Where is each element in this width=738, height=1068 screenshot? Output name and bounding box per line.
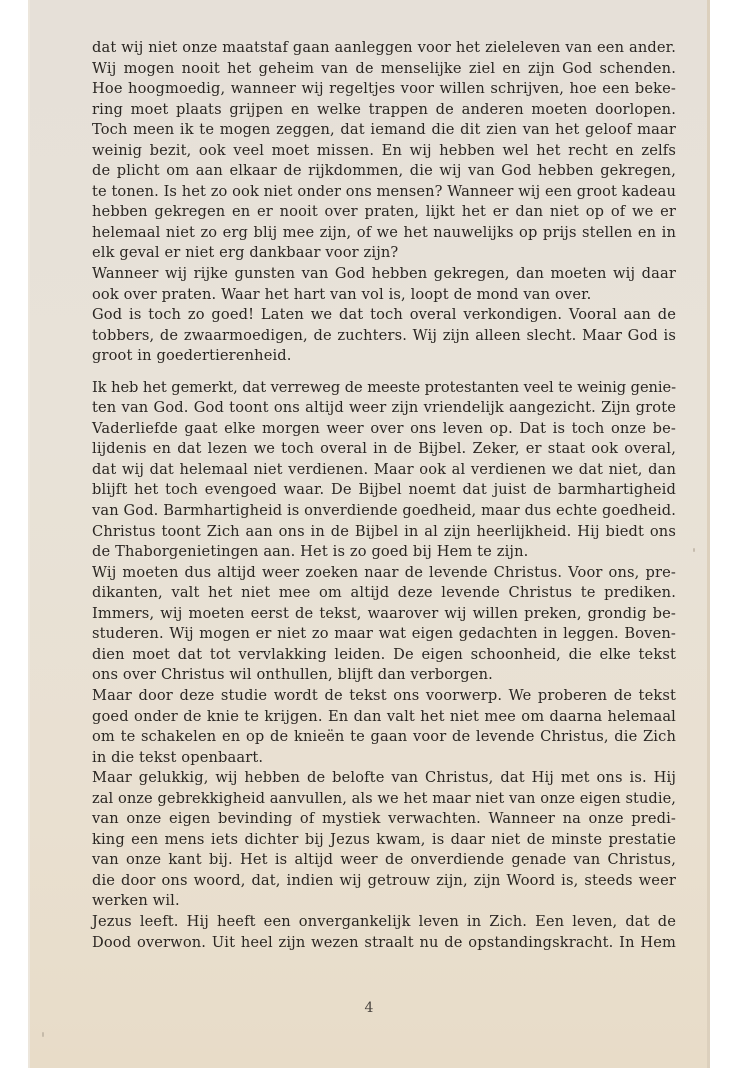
text-line: van onze kant bij. Het is altijd weer de…: [92, 850, 676, 871]
paragraph: Ik heb het gemerkt, dat verreweg de mees…: [92, 378, 676, 563]
text-line: tobbers, de zwaarmoedigen, de zuchters. …: [92, 326, 676, 347]
text-line: van onze eigen bevinding of mystiek verw…: [92, 809, 676, 830]
paragraph: dat wij niet onze maatstaf gaan aanlegge…: [92, 38, 676, 264]
text-line: zal onze gebrekkigheid aanvullen, als we…: [92, 789, 676, 810]
text-line: Vaderliefde gaat elke morgen weer over o…: [92, 419, 676, 440]
paragraph: Wanneer wij rijke gunsten van God hebben…: [92, 264, 676, 305]
paragraph-gap: [92, 367, 676, 378]
text-line: Maar gelukkig, wij hebben de belofte van…: [92, 768, 676, 789]
text-line: Christus toont Zich aan ons in de Bijbel…: [92, 522, 676, 543]
text-line: Ik heb het gemerkt, dat verreweg de mees…: [92, 378, 676, 399]
text-line: studeren. Wij mogen er niet zo maar wat …: [92, 624, 676, 645]
text-line: Wij moeten dus altijd weer zoeken naar d…: [92, 563, 676, 584]
text-line: weinig bezit, ook veel moet missen. En w…: [92, 141, 676, 162]
text-line: dien moet dat tot vervlakking leiden. De…: [92, 645, 676, 666]
text-line: de plicht om aan elkaar de rijkdommen, d…: [92, 161, 676, 182]
text-line: Hoe hoogmoedig, wanneer wij regeltjes vo…: [92, 79, 676, 100]
text-line: lijdenis en dat lezen we toch overal in …: [92, 439, 676, 460]
paragraph: God is toch zo goed! Laten we dat toch o…: [92, 305, 676, 367]
text-line: Toch meen ik te mogen zeggen, dat iemand…: [92, 120, 676, 141]
text-line: de Thaborgenietingen aan. Het is zo goed…: [92, 542, 676, 563]
text-line: in die tekst openbaart.: [92, 748, 676, 769]
text-line: helemaal niet zo erg blij mee zijn, of w…: [92, 223, 676, 244]
text-line: blijft het toch evengoed waar. De Bijbel…: [92, 480, 676, 501]
paragraph: Jezus leeft. Hij heeft een onvergankelij…: [92, 912, 676, 953]
text-line: Jezus leeft. Hij heeft een onvergankelij…: [92, 912, 676, 933]
text-line: ons over Christus wil onthullen, blijft …: [92, 665, 676, 686]
paragraph: Maar door deze studie wordt de tekst ons…: [92, 686, 676, 768]
text-line: Dood overwon. Uit heel zijn wezen straal…: [92, 933, 676, 954]
text-line: king een mens iets dichter bij Jezus kwa…: [92, 830, 676, 851]
text-line: ten van God. God toont ons altijd weer z…: [92, 398, 676, 419]
book-page: dat wij niet onze maatstaf gaan aanlegge…: [28, 0, 710, 1068]
paper-speck: [693, 548, 695, 552]
text-line: Maar door deze studie wordt de tekst ons…: [92, 686, 676, 707]
paper-speck: [42, 1032, 44, 1037]
text-line: groot in goedertierenheid.: [92, 346, 676, 367]
text-line: hebben gekregen en er nooit over praten,…: [92, 202, 676, 223]
text-line: dat wij niet onze maatstaf gaan aanlegge…: [92, 38, 676, 59]
text-line: van God. Barmhartigheid is onverdiende g…: [92, 501, 676, 522]
text-line: om te schakelen en op de knieën te gaan …: [92, 727, 676, 748]
body-text: dat wij niet onze maatstaf gaan aanlegge…: [92, 38, 676, 953]
text-line: ring moet plaats grijpen en welke trappe…: [92, 100, 676, 121]
page-number: 4: [28, 1000, 710, 1016]
paragraph: Wij moeten dus altijd weer zoeken naar d…: [92, 563, 676, 686]
text-line: die door ons woord, dat, indien wij getr…: [92, 871, 676, 892]
text-line: God is toch zo goed! Laten we dat toch o…: [92, 305, 676, 326]
text-line: te tonen. Is het zo ook niet onder ons m…: [92, 182, 676, 203]
text-line: ook over praten. Waar het hart van vol i…: [92, 285, 676, 306]
text-line: Wanneer wij rijke gunsten van God hebben…: [92, 264, 676, 285]
text-line: Wij mogen nooit het geheim van de mensel…: [92, 59, 676, 80]
text-line: goed onder de knie te krijgen. En dan va…: [92, 707, 676, 728]
text-line: elk geval er niet erg dankbaar voor zijn…: [92, 243, 676, 264]
text-line: dat wij dat helemaal niet verdienen. Maa…: [92, 460, 676, 481]
text-line: werken wil.: [92, 891, 676, 912]
text-line: Immers, wij moeten eerst de tekst, waaro…: [92, 604, 676, 625]
paragraph: Maar gelukkig, wij hebben de belofte van…: [92, 768, 676, 912]
text-line: dikanten, valt het niet mee om altijd de…: [92, 583, 676, 604]
